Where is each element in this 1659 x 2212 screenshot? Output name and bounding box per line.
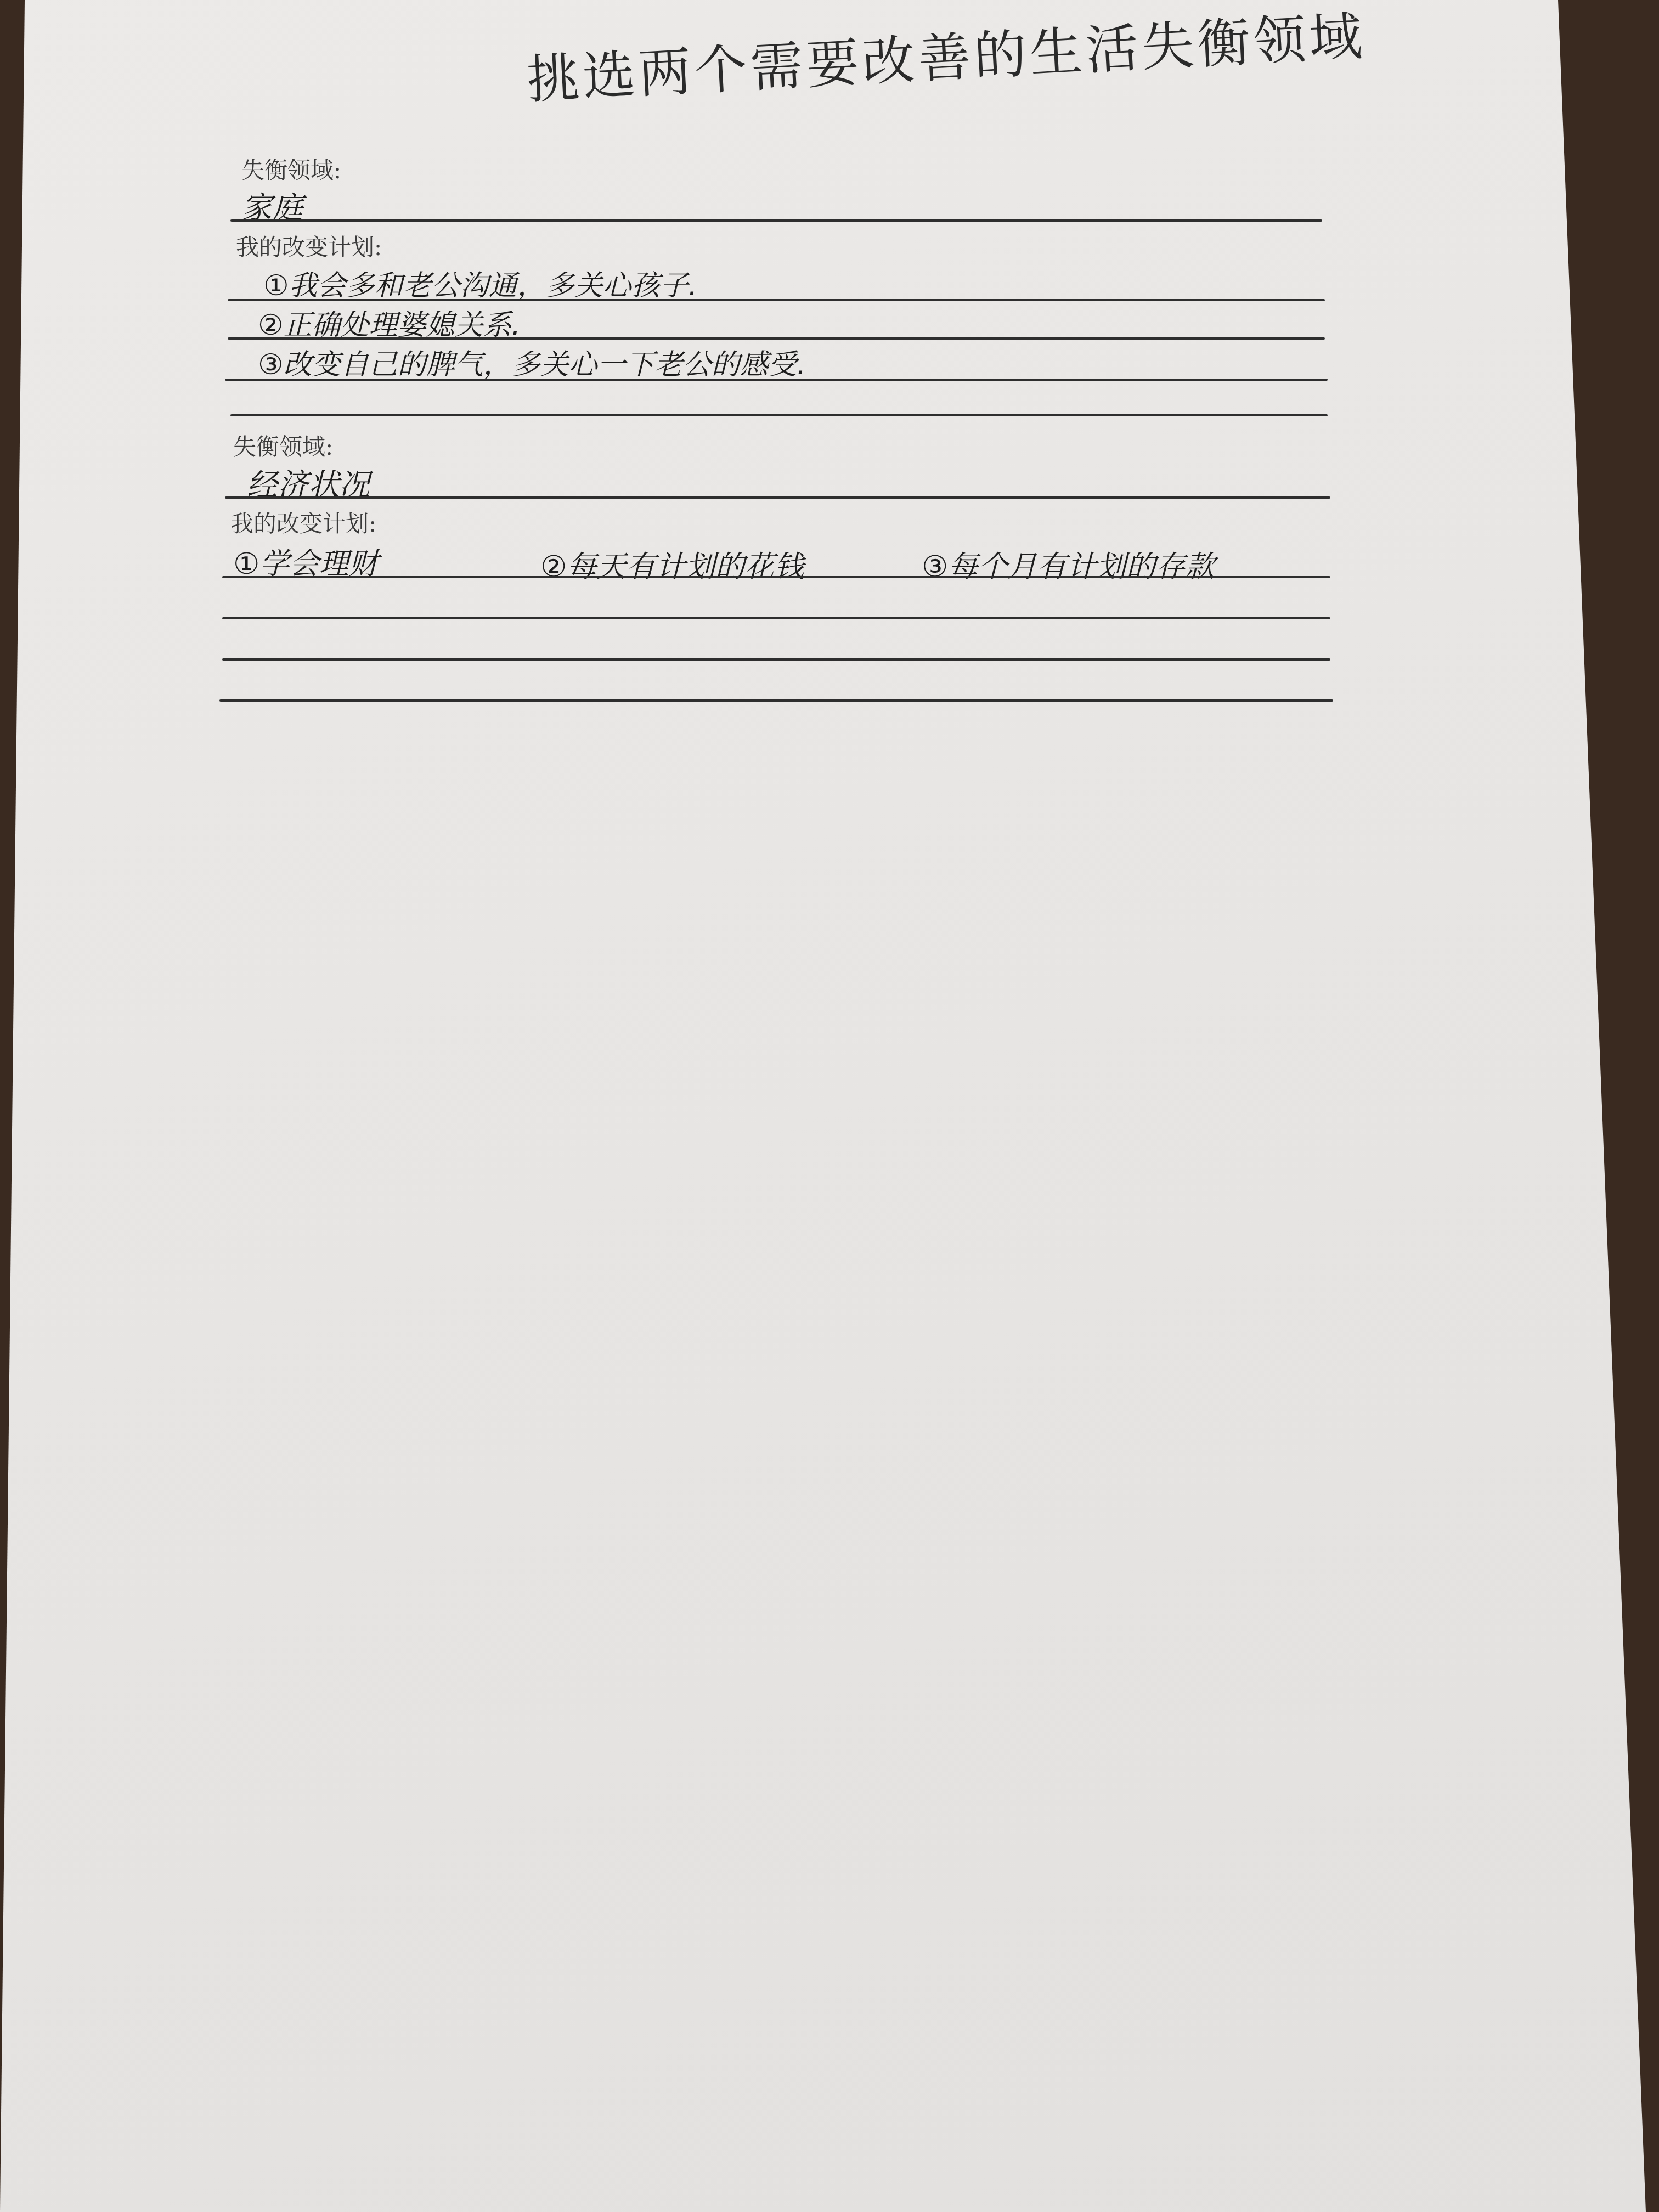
- section-1-plan-label: 我的改变计划:: [236, 229, 382, 262]
- section-1-domain-line: [230, 219, 1322, 222]
- section-2-plan-line-3: [222, 658, 1330, 661]
- section-2-plan-2: ②每天有计划的花钱: [540, 543, 804, 585]
- section-2-plan-line-4: [219, 699, 1333, 702]
- section-1-plan-2: ②正确处理婆媳关系.: [258, 302, 521, 343]
- section-1-plan-3: ③改变自己的脾气，多关心一下老公的感受.: [258, 341, 806, 382]
- section-2-plan-line-1: [222, 576, 1330, 578]
- section-1-plan-line-3: [225, 379, 1328, 381]
- section-2-plan-line-2: [222, 617, 1330, 619]
- section-2-domain-line: [225, 496, 1330, 499]
- worksheet-title: 挑选两个需要改善的生活失衡领域: [524, 0, 1367, 114]
- section-1-domain-label: 失衡领域:: [241, 153, 341, 185]
- section-2-domain-label: 失衡领域:: [233, 429, 333, 462]
- section-1-plan-line-4: [230, 414, 1328, 416]
- section-1-plan-1: ①我会多和老公沟通，多关心孩子.: [263, 262, 697, 303]
- section-1-plan-line-2: [228, 337, 1325, 340]
- section-1-plan-line-1: [228, 299, 1325, 301]
- section-2-plan-3: ③每个月有计划的存款: [922, 543, 1215, 585]
- section-2-plan-label: 我的改变计划:: [230, 506, 376, 539]
- worksheet-paper: 挑选两个需要改善的生活失衡领域 失衡领域: 家庭 我的改变计划: ①我会多和老公…: [0, 0, 1659, 2212]
